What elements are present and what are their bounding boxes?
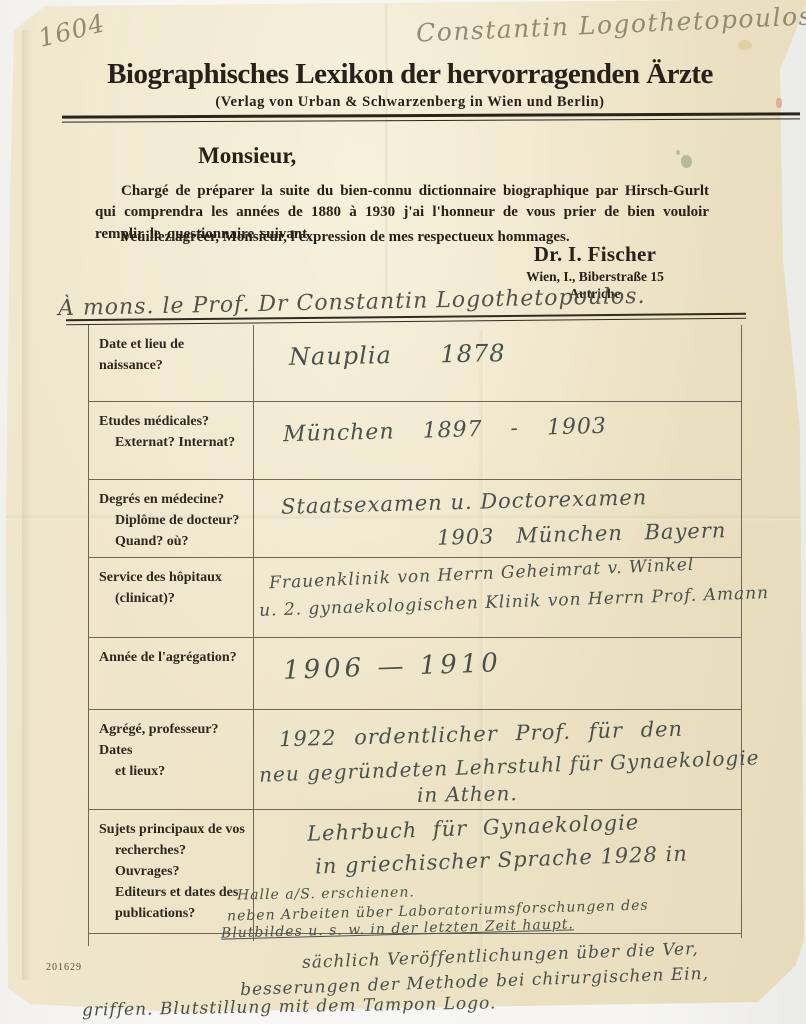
ink-stamp-mark bbox=[681, 155, 692, 168]
question-line: Diplôme de docteur? bbox=[99, 510, 249, 531]
question-line: Quand? où? bbox=[99, 531, 249, 552]
question-line: Service des hôpitaux bbox=[99, 567, 249, 588]
table-row: Date et lieu de naissance? Nauplia 1878 bbox=[89, 325, 741, 402]
question-line: Editeurs et dates des bbox=[99, 882, 249, 903]
answer-line: 1903 München Bayern bbox=[437, 518, 727, 550]
answer-line: 1906 — 1910 bbox=[283, 648, 503, 686]
table-right-border-tick bbox=[741, 933, 742, 938]
table-row: Degrés en médecine? Diplôme de docteur? … bbox=[89, 480, 741, 558]
table-row: Agrégé, professeur? Dates et lieux? 1922… bbox=[89, 710, 741, 810]
signature-name: Dr. I. Fischer bbox=[500, 242, 690, 267]
question-label: Degrés en médecine? Diplôme de docteur? … bbox=[99, 489, 249, 552]
question-label: Date et lieu de naissance? bbox=[99, 334, 249, 376]
question-label: Agrégé, professeur? Dates et lieux? bbox=[99, 719, 249, 782]
signature-address: Wien, I., Biberstraße 15 bbox=[500, 269, 690, 285]
page-subtitle: (Verlag von Urban & Schwarzenberg in Wie… bbox=[70, 94, 750, 111]
table-left-border-tick bbox=[88, 933, 89, 946]
table-row: Année de l'agrégation? 1906 — 1910 bbox=[89, 638, 741, 710]
scan-edge-artifact bbox=[776, 98, 782, 108]
question-line: Agrégé, professeur? Dates bbox=[99, 719, 249, 761]
question-line: Année de l'agrégation? bbox=[99, 647, 249, 668]
question-label: Etudes médicales? Externat? Internat? bbox=[99, 411, 249, 453]
question-line: Degrés en médecine? bbox=[99, 489, 249, 510]
question-line: et lieux? bbox=[99, 761, 249, 782]
table-row: Service des hôpitaux (clinicat)? Frauenk… bbox=[89, 558, 741, 638]
question-line: Etudes médicales? bbox=[99, 411, 249, 432]
table-row: Etudes médicales? Externat? Internat? Mü… bbox=[89, 402, 741, 480]
answer-line: Staatsexamen u. Doctorexamen bbox=[281, 485, 648, 519]
paper-stain bbox=[738, 40, 752, 50]
question-label: Année de l'agrégation? bbox=[99, 647, 249, 668]
letter-salutation: Monsieur, bbox=[198, 143, 296, 169]
question-line: recherches? Ouvrages? bbox=[99, 840, 249, 882]
question-line: Externat? Internat? bbox=[99, 432, 249, 453]
question-line: Date et lieu de naissance? bbox=[99, 334, 249, 376]
answer-line: in Athen. bbox=[417, 781, 518, 807]
page-title: Biographisches Lexikon der hervorragende… bbox=[70, 58, 750, 91]
answer-line: Nauplia 1878 bbox=[289, 339, 506, 371]
question-line: (clinicat)? bbox=[99, 588, 249, 609]
table-row: Sujets principaux de vos recherches? Ouv… bbox=[89, 810, 741, 933]
answer-line: in griechischer Sprache 1928 in bbox=[315, 842, 689, 879]
answer-line: Lehrbuch für Gynaekologie bbox=[307, 810, 640, 846]
ink-stamp-mark-small bbox=[676, 150, 680, 155]
questionnaire-table: Date et lieu de naissance? Nauplia 1878 … bbox=[88, 325, 742, 934]
question-line: Sujets principaux de vos bbox=[99, 819, 249, 840]
answer-line: Halle a/S. erschienen. bbox=[237, 884, 415, 903]
answer-line: München 1897 - 1903 bbox=[283, 414, 607, 447]
form-number: 201629 bbox=[46, 962, 82, 973]
answer-line: 1922 ordentlicher Prof. für den bbox=[279, 717, 684, 752]
question-label: Service des hôpitaux (clinicat)? bbox=[99, 567, 249, 609]
